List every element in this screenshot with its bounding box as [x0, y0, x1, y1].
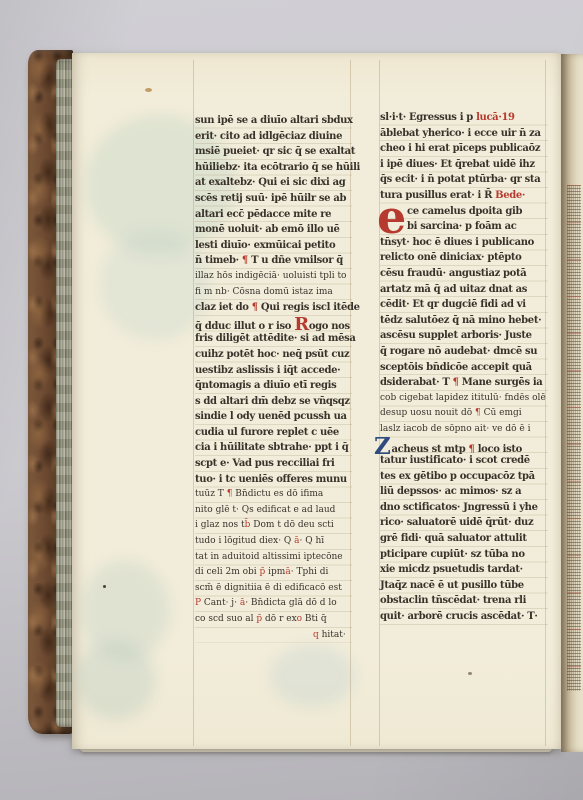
text-segment: q̄ dduc illut o r iso [195, 321, 294, 332]
text-line: cuihz potēt hoc· neq̄ psūt cuz [195, 347, 352, 363]
text-segment: cēdit· Et qr dugciē fidi ad vi [380, 299, 526, 310]
text-line: uestibz aslissis i iq̄t accede· [195, 363, 352, 379]
show-through-blotch [75, 640, 155, 720]
text-line: cēdit· Et qr dugciē fidi ad vi [380, 297, 548, 313]
facing-page-fore-edge [561, 54, 583, 752]
rubric-text: lucā·19 [476, 112, 515, 123]
text-segment: ogo nos [309, 321, 350, 332]
text-segment: grē fidi· quā saluator attulit [380, 533, 527, 544]
text-line: cia i hūilitate sbtrahe· ppt i q̄ [195, 440, 352, 456]
text-segment: msiē pueiet· qr sic q̄ se exaltat [195, 146, 355, 157]
text-line: āblebat yherico· i ecce uir n̄ za [380, 126, 548, 142]
text-segment: ascēsu supplet arboris· Juste [380, 330, 532, 341]
text-line: fi m nb· Cōsna domū istaz ima [195, 285, 352, 301]
text-segment: claz iet do [195, 302, 252, 313]
text-segment: q̄ntomagis a diuīo etī regis [195, 380, 336, 391]
text-segment: s dd altari dm̄ debz se vn̄qsqz [195, 396, 350, 407]
text-segment: cob cigebat lapidez ititulū· fndēs olē [380, 393, 546, 403]
text-line: q hitat· [195, 628, 352, 644]
text-line: obstaclin tn̄scēdat· trena rli [380, 593, 548, 609]
text-segment: ce camelus dpoita gib [407, 206, 522, 217]
text-segment: monē uoluit· ab emō illo uē [195, 224, 340, 235]
text-segment: · Bn̄dicta glā dō d lo [245, 598, 336, 608]
text-segment: tuo· i tc ueniēs offeres munu [195, 474, 347, 485]
text-segment: q̄s ecit· i n̄ potat ptūrba· qr sta [380, 174, 540, 185]
text-segment: uestibz aslissis i iq̄t accede· [195, 365, 340, 376]
text-line: relicto onē diniciax· ptēpto [380, 250, 548, 266]
text-segment: liū depssos· ac mimos· sz a [380, 486, 521, 497]
text-segment: sindie l ody uenēd pcussh ua [195, 411, 347, 422]
text-line: scēs retij suū· ipē hūilr se ab [195, 191, 352, 207]
text-segment: · Q hī [300, 536, 325, 546]
text-line: di celi 2m obi p̄ ipmā· Tphi di [195, 565, 352, 581]
text-line: xie micdz psuetudis tardat· [380, 562, 548, 578]
text-segment: cudia ul furore replet c uēe [195, 427, 339, 438]
rubric-text: Bede· [495, 190, 525, 201]
text-line: illaz hōs indigēciā· uoluisti tpli to [195, 269, 352, 285]
text-segment: rico· saluatorē uidē q̄rūt· duz [380, 517, 533, 528]
text-segment: xie micdz psuetudis tardat· [380, 564, 523, 575]
text-line: sceptōis bn̄dicōe accepit quā [380, 360, 548, 376]
text-line: q̄ dduc illut o r iso Rogo nos [195, 316, 352, 332]
text-segment: Mane surgēs ia [459, 377, 543, 388]
text-segment: āblebat yherico· i ecce uir n̄ za [380, 128, 541, 139]
text-segment: Bn̄dictu es dō ifima [232, 489, 323, 499]
text-segment: Qui regis iscl itēde [258, 302, 360, 313]
ruling-line-vertical [193, 60, 194, 746]
text-segment: dsiderabat· T [380, 377, 453, 388]
text-line: dno sctificatos· Jngressū i yhe [380, 500, 548, 516]
text-segment: cia i hūilitate sbtrahe· ppt i q̄ [195, 442, 348, 453]
text-line: artatz mā q̄ ad uitaz dnat as [380, 282, 548, 298]
text-segment: pticipare cupiūt· sz tūba no [380, 549, 525, 560]
text-line: scpt e· Vad pus recciliai fri [195, 456, 352, 472]
text-segment: n̄ timeb· [195, 255, 242, 266]
text-line: desup uosu nouit dō ¶ Cū emgi [380, 406, 548, 422]
text-line: sindie l ody uenēd pcussh ua [195, 409, 352, 425]
text-segment: illaz hōs indigēciā· uoluisti tpli to [195, 271, 346, 281]
text-segment: cuihz potēt hoc· neq̄ psūt cuz [195, 349, 349, 360]
text-segment: fris diligēt attēdite· si ad mēsa [195, 333, 356, 344]
text-line: lesti diuīo· exmūicai petito [195, 238, 352, 254]
text-line: ascēsu supplet arboris· Juste [380, 328, 548, 344]
text-segment: T u dñe vmilsor q̄ [248, 255, 343, 266]
text-segment: sl·i·t· Egressus i p [380, 112, 476, 123]
text-line: tat in aduitoid altissimi iptecōne [195, 550, 352, 566]
facing-page-text-blur [567, 185, 581, 691]
text-line: cob cigebat lapidez ititulū· fndēs olē [380, 391, 548, 407]
text-segment: nito glē t· Qs edificat e ad laud [195, 505, 335, 515]
text-segment: Jtaq̄z nacē ē ut pusillo tūbe [380, 580, 524, 591]
text-line: cheo i hi erat pīceps publicaōz [380, 141, 548, 157]
text-segment: lesti diuīo· exmūicai petito [195, 240, 335, 251]
text-segment: fi m nb· Cōsna domū istaz ima [195, 287, 333, 297]
red-initial: R [294, 314, 309, 335]
text-segment: dō r ex [262, 614, 296, 624]
rubric-text: q [313, 630, 322, 640]
text-line: at exaltebz· Qui ei sic dixi ag [195, 175, 352, 191]
text-line: laslz iacob de sōpno ait· ve dō ē i [380, 422, 548, 438]
text-segment: i glaz nos t [195, 520, 245, 530]
stain-speck [145, 88, 152, 92]
text-line: fris diligēt attēdite· si ad mēsa [195, 331, 352, 347]
text-line: Zacheus st mtp ¶ loco isto [380, 437, 548, 453]
text-line: P Cant· j· ā· Bn̄dicta glā dō d lo [195, 596, 352, 612]
text-line: rico· saluatorē uidē q̄rūt· duz [380, 515, 548, 531]
text-line: grē fidi· quā saluator attulit [380, 531, 548, 547]
text-segment: laslz iacob de sōpno ait· ve dō ē i [380, 424, 530, 434]
text-segment: Bti q̄ [302, 614, 327, 624]
text-segment: q̄ rogare nō audebat· dmcē su [380, 346, 537, 357]
stain-speck [468, 672, 472, 675]
text-segment: tatur iustificato· i scot credē [380, 455, 530, 466]
text-line: co scd suo al p̄ dō r exo Bti q̄ [195, 612, 352, 628]
text-segment: di celi 2m obi [195, 567, 260, 577]
text-segment: relicto onē diniciax· ptēpto [380, 252, 521, 263]
text-line: tuūz T ¶ Bn̄dictu es dō ifima [195, 487, 352, 503]
text-segment: tat in aduitoid altissimi iptecōne [195, 552, 343, 562]
text-segment: ipm [265, 567, 285, 577]
text-segment: tēdz salutōez q̄ nā mino hebet· [380, 315, 541, 326]
text-segment: cheo i hi erat pīceps publicaōz [380, 143, 540, 154]
text-segment: obstaclin tn̄scēdat· trena rli [380, 595, 526, 606]
text-segment: tudo i lōgitud diex· Q [195, 536, 294, 546]
text-line: dsiderabat· T ¶ Mane surgēs ia [380, 375, 548, 391]
text-segment: sceptōis bn̄dicōe accepit quā [380, 362, 532, 373]
text-line: sun ipē se a diuīo altari sbdux [195, 113, 352, 129]
text-line: tatur iustificato· i scot credē [380, 453, 548, 469]
text-segment: quit· arborē crucis ascēdat· T· [380, 611, 537, 622]
text-line: erit· cito ad idlgēciaz diuine [195, 129, 352, 145]
text-line: i glaz nos tb̄ Dom t dō deu scti [195, 518, 352, 534]
text-segment: sun ipē se a diuīo altari sbdux [195, 115, 353, 126]
text-line: Jtaq̄z nacē ē ut pusillo tūbe [380, 578, 548, 594]
text-segment: scm̄ ē dignitiia ē di edificacō est [195, 583, 342, 593]
text-segment: i ipē diues· Et q̄rebat uidē ihz [380, 159, 535, 170]
text-line: hūiliebz· ita ecōtrario q̄ se hūili [195, 160, 352, 176]
text-segment: dno sctificatos· Jngressū i yhe [380, 502, 538, 513]
text-segment: bi sarcina· p foām ac [407, 221, 516, 232]
text-line: tēdz salutōez q̄ nā mino hebet· [380, 313, 548, 329]
text-segment: scpt e· Vad pus recciliai fri [195, 458, 335, 469]
text-segment: tes ex gētibo p occupacōz tpā [380, 471, 535, 482]
text-line: q̄ rogare nō audebat· dmcē su [380, 344, 548, 360]
text-line: s dd altari dm̄ debz se vn̄qsqz [195, 394, 352, 410]
text-line: monē uoluit· ab emō illo uē [195, 222, 352, 238]
text-line: liū depssos· ac mimos· sz a [380, 484, 548, 500]
text-line: q̄s ecit· i n̄ potat ptūrba· qr sta [380, 172, 548, 188]
text-line: tudo i lōgitud diex· Q ā· Q hī [195, 534, 352, 550]
blue-initial: Z [374, 433, 390, 460]
text-segment: · Tphi di [291, 567, 329, 577]
text-segment: co scd suo al [195, 614, 256, 624]
text-line: claz iet do ¶ Qui regis iscl itēde [195, 300, 352, 316]
text-line: q̄ntomagis a diuīo etī regis [195, 378, 352, 394]
manuscript-page: sun ipē se a diuīo altari sbduxerit· cit… [72, 53, 561, 749]
text-line: sl·i·t· Egressus i p lucā·19 [380, 110, 548, 126]
text-segment: at exaltebz· Qui ei sic dixi ag [195, 177, 345, 188]
show-through-blotch [270, 645, 355, 707]
text-line: cēsu fraudū· angustiaz potā [380, 266, 548, 282]
text-column-right: sl·i·t· Egressus i p lucā·19āblebat yher… [380, 110, 548, 625]
text-segment: desup uosu nouit dō [380, 408, 475, 418]
text-column-left: sun ipē se a diuīo altari sbduxerit· cit… [195, 113, 352, 643]
text-line: nito glē t· Qs edificat e ad laud [195, 503, 352, 519]
text-segment: scēs retij suū· ipē hūilr se ab [195, 193, 346, 204]
text-segment: altari ecc̄ pēdacce mite re [195, 209, 331, 220]
text-segment: cēsu fraudū· angustiaz potā [380, 268, 526, 279]
text-line: tuo· i tc ueniēs offeres munu [195, 472, 352, 488]
text-segment: artatz mā q̄ ad uitaz dnat as [380, 284, 527, 295]
text-line: scm̄ ē dignitiia ē di edificacō est [195, 581, 352, 597]
text-line: quit· arborē crucis ascēdat· T· [380, 609, 548, 625]
text-line: altari ecc̄ pēdacce mite re [195, 207, 352, 223]
text-segment: Cant· j· [201, 598, 240, 608]
photo-of-manuscript-book: sun ipē se a diuīo altari sbduxerit· cit… [0, 0, 583, 800]
text-segment: hūiliebz· ita ecōtrario q̄ se hūili [195, 162, 360, 173]
text-segment: Dom t dō deu scti [250, 520, 333, 530]
text-line: cudia ul furore replet c uēe [195, 425, 352, 441]
text-line: pticipare cupiūt· sz tūba no [380, 547, 548, 563]
illuminated-initial-E: e [377, 201, 406, 233]
text-segment: erit· cito ad idlgēciaz diuine [195, 131, 342, 142]
text-line: i ipē diues· Et q̄rebat uidē ihz [380, 157, 548, 173]
text-line: msiē pueiet· qr sic q̄ se exaltat [195, 144, 352, 160]
text-line: tes ex gētibo p occupacōz tpā [380, 469, 548, 485]
text-line: n̄ timeb· ¶ T u dñe vmilsor q̄ [195, 253, 352, 269]
text-segment: hitat· [322, 630, 346, 640]
text-segment: Cū emgi [481, 408, 522, 418]
text-segment: tuūz T [195, 489, 227, 499]
stain-speck [103, 585, 106, 588]
